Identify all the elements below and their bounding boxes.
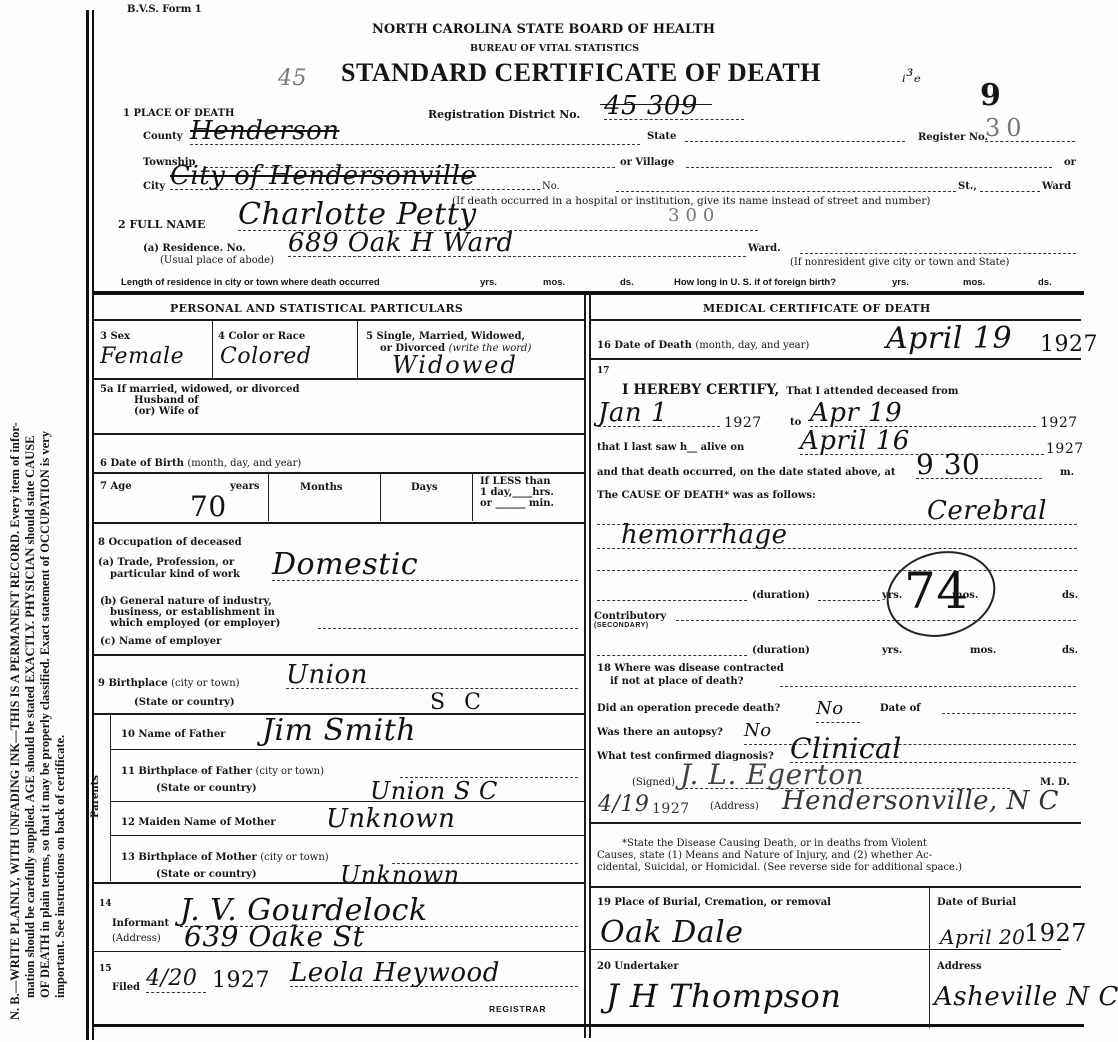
circled-code: 74	[904, 566, 969, 616]
age-months-field[interactable]	[275, 496, 375, 518]
county-label: County	[143, 131, 183, 143]
where-contracted-field[interactable]	[780, 686, 1076, 687]
row-rule	[94, 522, 584, 524]
row-rule	[94, 654, 584, 656]
race-field[interactable]: Colored	[220, 344, 311, 370]
date-of-death-year[interactable]: 1927	[1040, 332, 1098, 358]
secondary-label: (SECONDARY)	[594, 622, 649, 629]
corner-number: 9	[980, 78, 1001, 113]
footnote-line-2: Causes, state (1) Means and Nature of In…	[597, 850, 932, 862]
certify-number: 17	[597, 365, 610, 377]
or-label: or	[1064, 157, 1076, 169]
cause-of-death-line-3[interactable]	[597, 570, 1077, 571]
row-rule	[591, 822, 1081, 824]
cell-divider	[212, 320, 213, 378]
industry-label-3: which employed (or employer)	[110, 618, 280, 630]
cause-of-death-line-2[interactable]: hemorrhage	[597, 522, 1077, 549]
father-name-field[interactable]: Jim Smith	[262, 716, 416, 746]
residence-sublabel: (Usual place of abode)	[160, 255, 274, 267]
occupation-label: 8 Occupation of deceased	[98, 537, 242, 549]
sex-label: 3 Sex	[100, 331, 130, 343]
physician-address-label: (Address)	[710, 801, 759, 813]
row-rule	[591, 358, 1081, 360]
row-rule	[94, 882, 584, 884]
row-rule	[94, 319, 584, 321]
date-of-death-label: 16 Date of Death (month, day, and year)	[597, 340, 809, 352]
row-rule	[111, 749, 584, 750]
trade-label-2: particular kind of work	[110, 569, 240, 581]
age-years-field[interactable]: 70	[190, 494, 227, 520]
residence-mos: mos.	[543, 277, 565, 288]
personal-section-title: PERSONAL AND STATISTICAL PARTICULARS	[170, 302, 463, 315]
primary-cause-field[interactable]	[597, 600, 747, 601]
mother-birthplace-label: 13 Birthplace of Mother (city or town)	[121, 852, 329, 864]
duration-label: (duration)	[752, 590, 810, 602]
signed-label: (Signed)	[632, 777, 675, 789]
physician-signature-field[interactable]: J. L. Egerton	[680, 762, 1010, 789]
form-id: B.V.S. Form 1	[127, 4, 202, 16]
row-rule	[94, 378, 584, 380]
row-rule	[94, 951, 584, 952]
register-no-field[interactable]: 30	[985, 115, 1075, 142]
cell-divider	[380, 473, 381, 521]
duration-ds-label-2: ds.	[1062, 645, 1078, 657]
row-rule	[111, 801, 584, 802]
row-rule	[94, 472, 584, 474]
instructions-line-4: important. See instructions on back of c…	[53, 20, 68, 1020]
date-of-death-field[interactable]: April 19	[886, 326, 1012, 352]
cell-divider	[268, 473, 269, 521]
burial-date-year[interactable]: 1927	[1024, 920, 1087, 946]
burial-date-field[interactable]: April 20	[940, 924, 1025, 950]
marital-status-field[interactable]: Widowed	[392, 352, 518, 378]
autopsy-label: Was there an autopsy?	[597, 727, 723, 739]
city-field[interactable]: City of Hendersonville	[170, 163, 540, 190]
full-name-label: 2 FULL NAME	[118, 219, 205, 231]
attended-to-field[interactable]: Apr 19	[810, 400, 1036, 427]
attended-to-year[interactable]: 1927	[1040, 410, 1078, 436]
dob-field[interactable]	[380, 445, 570, 471]
foreign-ds: ds.	[1038, 277, 1052, 288]
undertaker-address-field[interactable]: Asheville N C	[934, 984, 1118, 1010]
spouse-label-3: (or) Wife of	[134, 406, 199, 418]
street-no-label: No.	[542, 181, 560, 193]
instructions-line-1: N. B.—WRITE PLAINLY, WITH UNFADING INK—T…	[8, 20, 23, 1020]
last-saw-label: that I last saw h__ alive on	[597, 442, 744, 454]
parents-divider	[110, 714, 111, 881]
foreign-mos: mos.	[963, 277, 985, 288]
residence-ward-label: Ward.	[748, 243, 781, 255]
village-field[interactable]	[686, 167, 1052, 168]
informant-address-label: (Address)	[112, 933, 161, 945]
mother-name-field[interactable]: Unknown	[326, 806, 455, 832]
bottom-rule	[94, 1024, 1084, 1027]
sex-field[interactable]: Female	[100, 344, 184, 370]
ward-field[interactable]	[980, 191, 1040, 192]
filed-number: 15	[99, 963, 112, 975]
medical-section-title: MEDICAL CERTIFICATE OF DEATH	[703, 302, 931, 315]
employer-label: (c) Name of employer	[100, 636, 221, 648]
burial-place-label: 19 Place of Burial, Cremation, or remova…	[597, 897, 831, 909]
less-label-3: or ______ min.	[480, 498, 554, 510]
pencil-note: 300	[668, 203, 720, 229]
dob-label: 6 Date of Birth (month, day, and year)	[100, 458, 301, 470]
foreign-yrs: yrs.	[892, 277, 909, 288]
birthplace-city-field[interactable]: Union	[286, 662, 578, 689]
operation-label: Did an operation precede death?	[597, 703, 780, 715]
column-divider	[584, 293, 586, 1038]
undertaker-label: 20 Undertaker	[597, 961, 679, 973]
instructions-line-2: mation should be carefully supplied. AGE…	[23, 20, 38, 1020]
duration-yrs-label-2: yrs.	[882, 645, 902, 657]
instructions-line-3: OF DEATH in plain terms, so that it may …	[38, 20, 53, 1020]
spouse-field[interactable]	[240, 390, 570, 420]
trade-label-1: (a) Trade, Profession, or	[98, 557, 234, 569]
filed-date-field[interactable]: 4/20	[146, 966, 206, 993]
mother-birthplace-state-label: (State or country)	[156, 869, 257, 881]
birthplace-state-label: (State or country)	[134, 697, 235, 709]
physician-address-field[interactable]: Hendersonville, N C	[782, 788, 1059, 814]
row-rule	[591, 949, 1061, 950]
residence-field[interactable]: 689 Oak H Ward	[288, 230, 746, 257]
duration-label-2: (duration)	[752, 645, 810, 657]
bureau-title: BUREAU OF VITAL STATISTICS	[470, 43, 639, 54]
last-saw-year[interactable]: 1927	[1046, 436, 1084, 462]
burial-place-field[interactable]: Oak Dale	[600, 918, 743, 948]
row-rule	[111, 835, 584, 836]
cell-divider	[357, 320, 358, 378]
father-birthplace-state-label: (State or country)	[156, 783, 257, 795]
city-label: City	[143, 181, 165, 193]
age-label: 7 Age	[100, 481, 132, 493]
undertaker-field[interactable]: J H Thompson	[606, 980, 841, 1012]
cell-divider	[472, 473, 473, 521]
nonresident-note: (If nonresident give city or town and St…	[790, 257, 1009, 269]
industry-field[interactable]	[318, 628, 578, 629]
street-field[interactable]	[616, 191, 956, 192]
attended-from-year[interactable]: 1927	[724, 410, 762, 436]
left-border-rule	[86, 10, 89, 1040]
filed-year[interactable]: 1927	[212, 968, 270, 994]
row-rule	[94, 433, 584, 435]
registration-district-field[interactable]: 45 309	[604, 93, 744, 120]
nonresident-field[interactable]	[800, 253, 1076, 254]
row-rule	[591, 886, 1081, 888]
father-birthplace-label: 11 Birthplace of Father (city or town)	[121, 766, 324, 778]
age-days-field[interactable]	[386, 496, 466, 518]
informant-address-field[interactable]: 639 Oake St	[184, 924, 364, 950]
attended-from-field[interactable]: Jan 1	[598, 400, 720, 427]
father-name-label: 10 Name of Father	[121, 729, 225, 741]
register-no-label: Register No.	[918, 132, 988, 144]
death-time-suffix: m.	[1060, 467, 1074, 479]
race-label: 4 Color or Race	[218, 331, 305, 343]
column-divider-inner	[589, 293, 591, 1038]
undertaker-address-label: Address	[937, 961, 982, 973]
stamp-mark: ᵢ³ₑ	[902, 64, 921, 90]
state-label: State	[647, 131, 676, 143]
mother-name-label: 12 Maiden Name of Mother	[121, 817, 276, 829]
contributory-field[interactable]	[676, 620, 1076, 621]
secondary-cause-field[interactable]	[597, 655, 747, 656]
burial-divider	[929, 888, 930, 1028]
death-time-label: and that death occurred, on the date sta…	[597, 467, 896, 479]
county-field[interactable]: Henderson	[190, 118, 640, 145]
board-title: NORTH CAROLINA STATE BOARD OF HEALTH	[372, 22, 715, 37]
certify-statement: I HEREBY CERTIFY, That I attended deceas…	[622, 384, 958, 398]
residence-label: (a) Residence. No.	[143, 243, 246, 255]
street-label: St.,	[958, 181, 977, 193]
marital-label-1: 5 Single, Married, Widowed,	[366, 331, 525, 343]
footnote-line-1: *State the Disease Causing Death, or in …	[622, 838, 927, 850]
registrar-label: REGISTRAR	[489, 1004, 546, 1014]
left-border-rule-inner	[92, 10, 94, 1040]
state-field[interactable]	[685, 141, 905, 142]
days-label: Days	[411, 482, 438, 494]
death-time-field[interactable]: 9 30	[916, 452, 1042, 479]
foreign-birth-label: How long in U. S. if of foreign birth?	[674, 277, 836, 288]
operation-date-field[interactable]	[942, 713, 1076, 714]
footnote-line-3: cidental, Suicidal, or Homicidal. (See r…	[597, 862, 962, 874]
years-label: years	[230, 481, 260, 493]
where-contracted-label-1: 18 Where was disease contracted	[597, 663, 784, 675]
months-label: Months	[300, 482, 343, 494]
margin-pencil-mark: 45	[278, 66, 307, 92]
residence-yrs: yrs.	[480, 277, 497, 288]
trade-field[interactable]: Domestic	[272, 550, 578, 581]
residence-ds: ds.	[620, 277, 634, 288]
mother-birthplace-field[interactable]: Unknown	[340, 862, 460, 888]
signature-date[interactable]: 4/19	[598, 792, 649, 818]
operation-date-label: Date of	[880, 703, 921, 715]
burial-date-label: Date of Burial	[937, 897, 1016, 909]
informant-number: 14	[99, 898, 112, 910]
instructions-margin: N. B.—WRITE PLAINLY, WITH UNFADING INK—T…	[8, 20, 68, 1020]
registrar-signature-field[interactable]: Leola Heywood	[290, 960, 578, 987]
length-residence-label: Length of residence in city or town wher…	[121, 277, 380, 288]
duration-mos-label-2: mos.	[970, 645, 996, 657]
ward-label: Ward	[1042, 181, 1071, 193]
parents-side-label: Parents	[90, 775, 102, 818]
filed-label: Filed	[112, 982, 140, 994]
duration-ds-label: ds.	[1062, 590, 1078, 602]
or-village-label: or Village	[620, 157, 674, 169]
informant-label: Informant	[112, 918, 169, 930]
duration-yrs-field[interactable]	[818, 600, 880, 601]
where-contracted-label-2: if not at place of death?	[610, 676, 743, 688]
certificate-title: STANDARD CERTIFICATE OF DEATH	[341, 58, 821, 88]
birthplace-label: 9 Birthplace (city or town)	[98, 678, 240, 690]
employer-field[interactable]	[260, 634, 578, 650]
signature-year[interactable]: 1927	[652, 796, 690, 822]
